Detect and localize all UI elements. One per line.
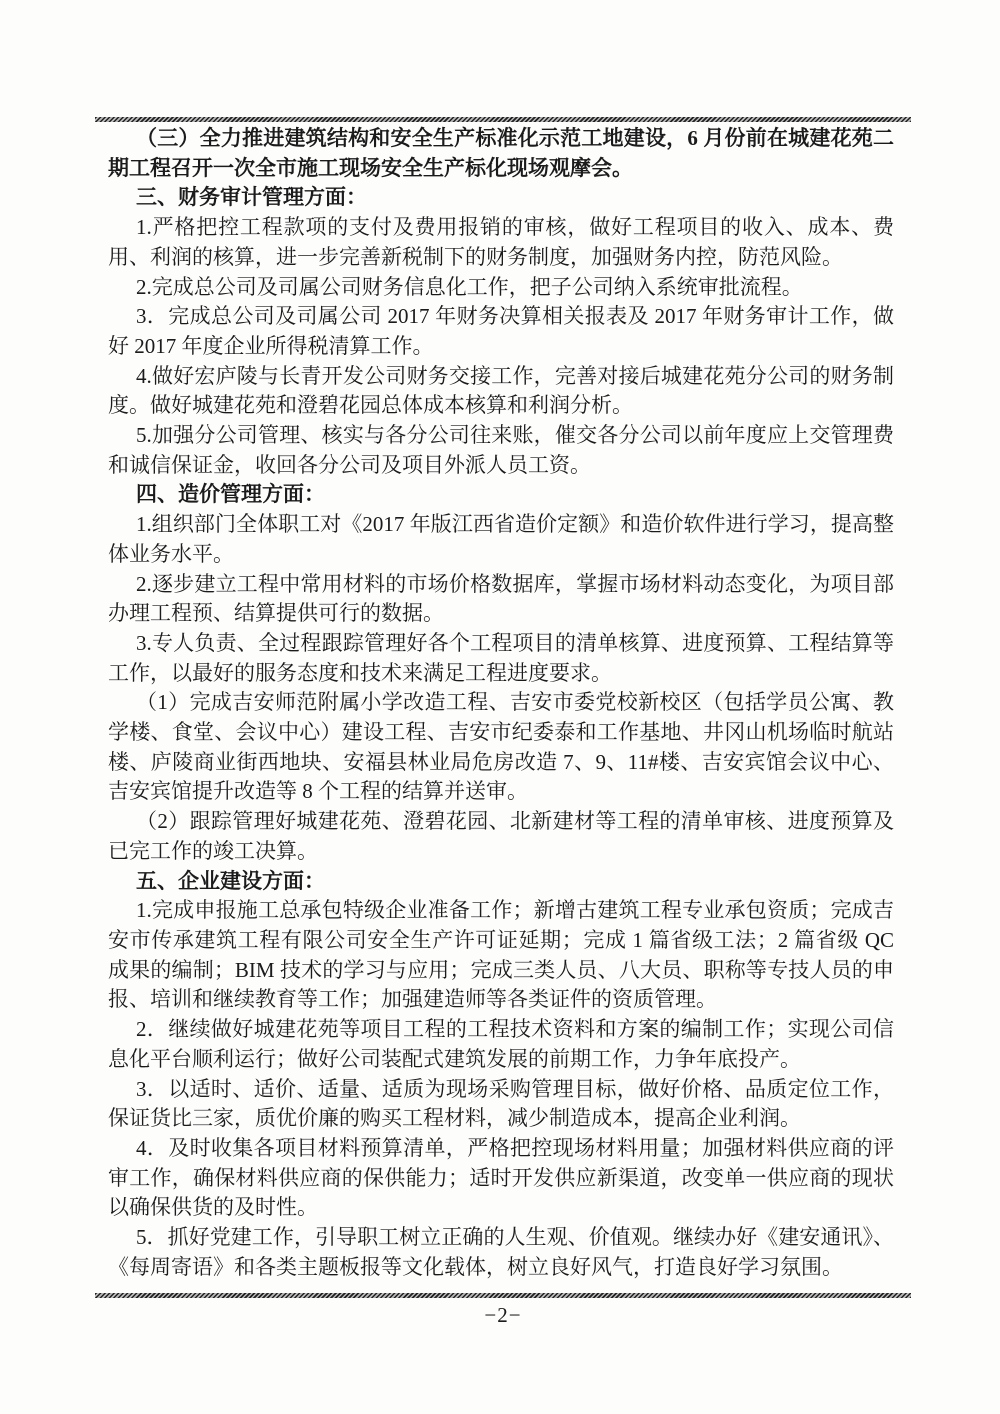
header-rule <box>95 117 911 122</box>
paragraph: 5.加强分公司管理、核实与各分公司往来账，催交各分公司以前年度应上交管理费和诚信… <box>108 421 894 480</box>
page-number: −2− <box>95 1303 911 1328</box>
footer-rule <box>95 1293 911 1298</box>
intro-paragraph: （三）全力推进建筑结构和安全生产标准化示范工地建设，6 月份前在城建花苑二期工程… <box>108 124 894 183</box>
document-body: （三）全力推进建筑结构和安全生产标准化示范工地建设，6 月份前在城建花苑二期工程… <box>108 124 894 1282</box>
paragraph: 1.严格把控工程款项的支付及费用报销的审核，做好工程项目的收入、成本、费用、利润… <box>108 213 894 272</box>
section-heading-enterprise: 五、企业建设方面： <box>108 867 894 897</box>
document-page: （三）全力推进建筑结构和安全生产标准化示范工地建设，6 月份前在城建花苑二期工程… <box>0 0 1000 1414</box>
paragraph: 1.完成申报施工总承包特级企业准备工作；新增古建筑工程专业承包资质；完成吉安市传… <box>108 896 894 1015</box>
paragraph: 3．完成总公司及司属公司 2017 年财务决算相关报表及 2017 年财务审计工… <box>108 302 894 361</box>
paragraph: （2）跟踪管理好城建花苑、澄碧花园、北新建材等工程的清单审核、进度预算及已完工作… <box>108 807 894 866</box>
section-heading-finance: 三、财务审计管理方面： <box>108 183 894 213</box>
paragraph: 3．以适时、适价、适量、适质为现场采购管理目标，做好价格、品质定位工作，保证货比… <box>108 1075 894 1134</box>
section-heading-cost: 四、造价管理方面： <box>108 480 894 510</box>
paragraph: 4.做好宏庐陵与长青开发公司财务交接工作，完善对接后城建花苑分公司的财务制度。做… <box>108 362 894 421</box>
paragraph: 1.组织部门全体职工对《2017 年版江西省造价定额》和造价软件进行学习，提高整… <box>108 510 894 569</box>
paragraph: 3.专人负责、全过程跟踪管理好各个工程项目的清单核算、进度预算、工程结算等工作，… <box>108 629 894 688</box>
paragraph: 2.逐步建立工程中常用材料的市场价格数据库，掌握市场材料动态变化，为项目部办理工… <box>108 570 894 629</box>
paragraph: 5．抓好党建工作，引导职工树立正确的人生观、价值观。继续办好《建安通讯》、《每周… <box>108 1223 894 1282</box>
paragraph: 4．及时收集各项目材料预算清单，严格把控现场材料用量；加强材料供应商的评审工作，… <box>108 1134 894 1223</box>
paragraph: 2.完成总公司及司属公司财务信息化工作，把子公司纳入系统审批流程。 <box>108 273 894 303</box>
paragraph: （1）完成吉安师范附属小学改造工程、吉安市委党校新校区（包括学员公寓、教学楼、食… <box>108 688 894 807</box>
paragraph: 2．继续做好城建花苑等项目工程的工程技术资料和方案的编制工作；实现公司信息化平台… <box>108 1015 894 1074</box>
